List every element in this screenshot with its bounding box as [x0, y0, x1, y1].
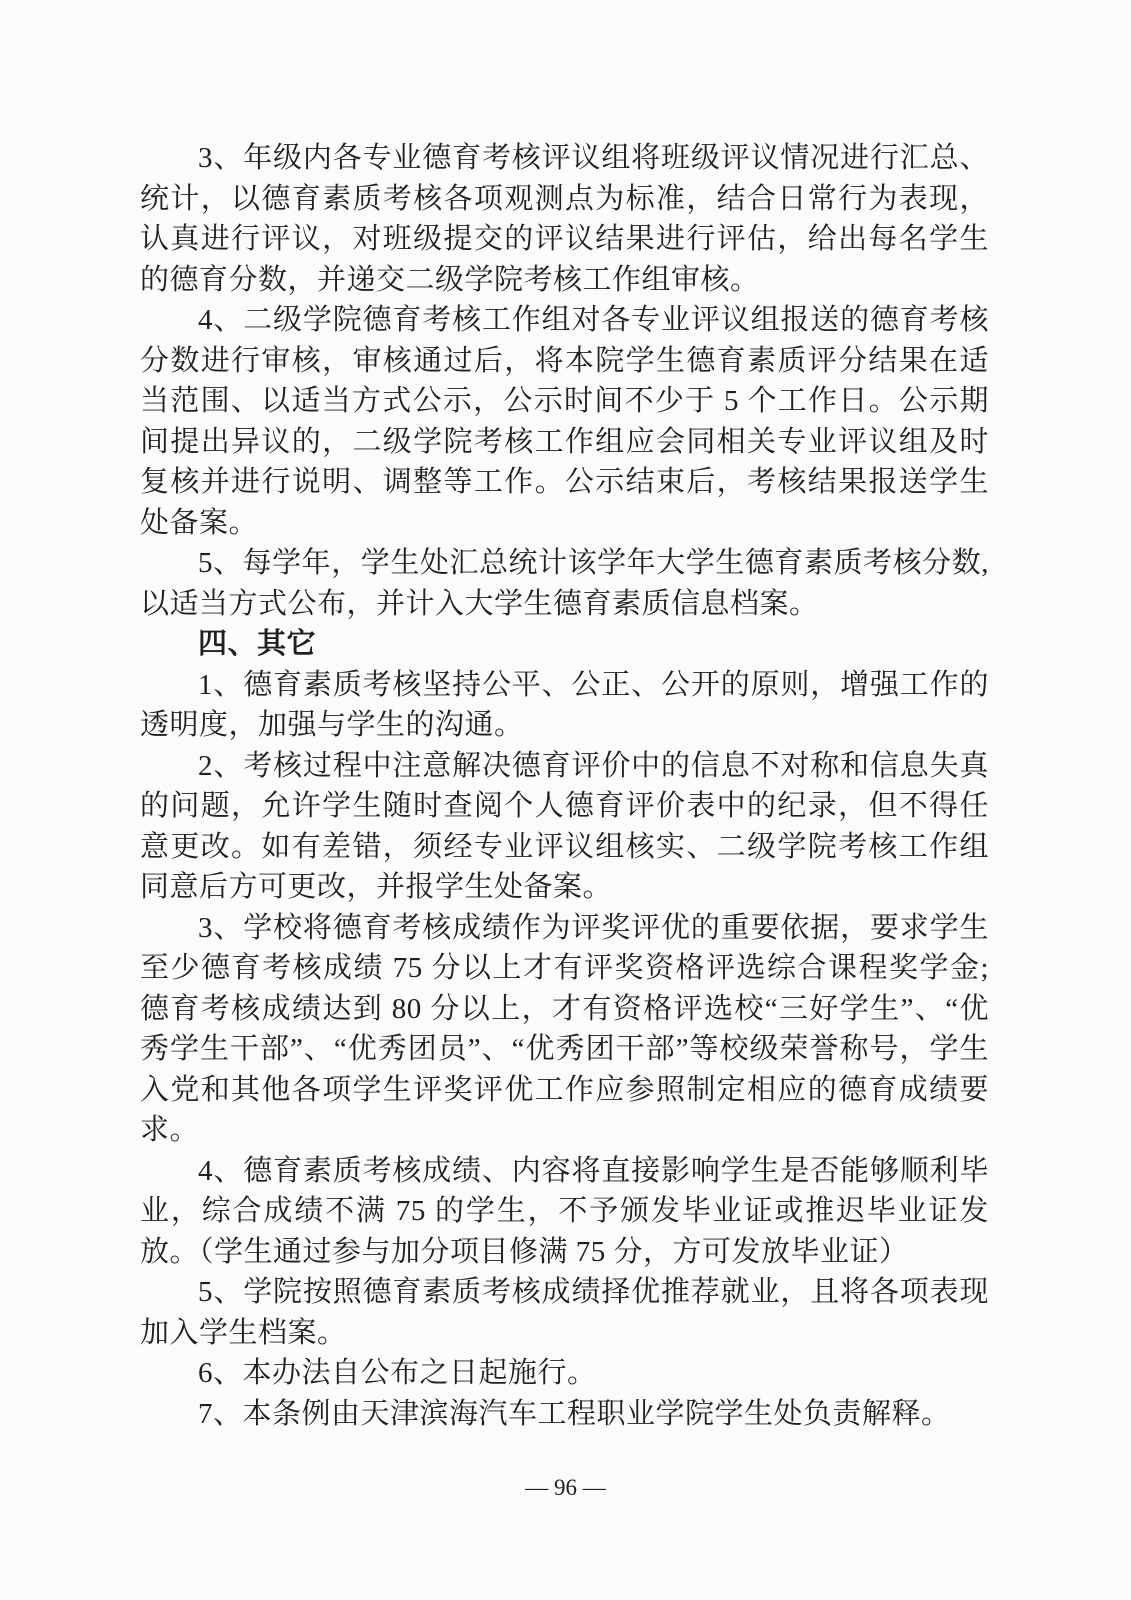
- paragraph: 6、本办法自公布之日起施行。: [140, 1353, 989, 1394]
- paragraph: 5、学院按照德育素质考核成绩择优推荐就业，且将各项表现加入学生档案。: [140, 1272, 989, 1353]
- page-number: — 96 —: [525, 1475, 606, 1500]
- document-body: 3、年级内各专业德育考核评议组将班级评议情况进行汇总、统计，以德育素质考核各项观…: [140, 138, 989, 1434]
- paragraph: 7、本条例由天津滨海汽车工程职业学院学生处负责解释。: [140, 1394, 989, 1435]
- paragraph: 4、德育素质考核成绩、内容将直接影响学生是否能够顺利毕业，综合成绩不满 75 的…: [140, 1151, 989, 1273]
- paragraph: 3、学校将德育考核成绩作为评奖评优的重要依据，要求学生至少德育考核成绩 75 分…: [140, 908, 989, 1151]
- paragraph: 4、二级学院德育考核工作组对各专业评议组报送的德育考核分数进行审核，审核通过后，…: [140, 300, 989, 543]
- paragraph: 2、考核过程中注意解决德育评价中的信息不对称和信息失真的问题，允许学生随时查阅个…: [140, 746, 989, 908]
- paragraph: 5、每学年，学生处汇总统计该学年大学生德育素质考核分数,以适当方式公布，并计入大…: [140, 543, 989, 624]
- page-footer: — 96 —: [0, 1474, 1131, 1502]
- section-heading: 四、其它: [140, 624, 989, 665]
- paragraph: 1、德育素质考核坚持公平、公正、公开的原则，增强工作的透明度，加强与学生的沟通。: [140, 665, 989, 746]
- paragraph: 3、年级内各专业德育考核评议组将班级评议情况进行汇总、统计，以德育素质考核各项观…: [140, 138, 989, 300]
- document-page: 3、年级内各专业德育考核评议组将班级评议情况进行汇总、统计，以德育素质考核各项观…: [0, 0, 1131, 1600]
